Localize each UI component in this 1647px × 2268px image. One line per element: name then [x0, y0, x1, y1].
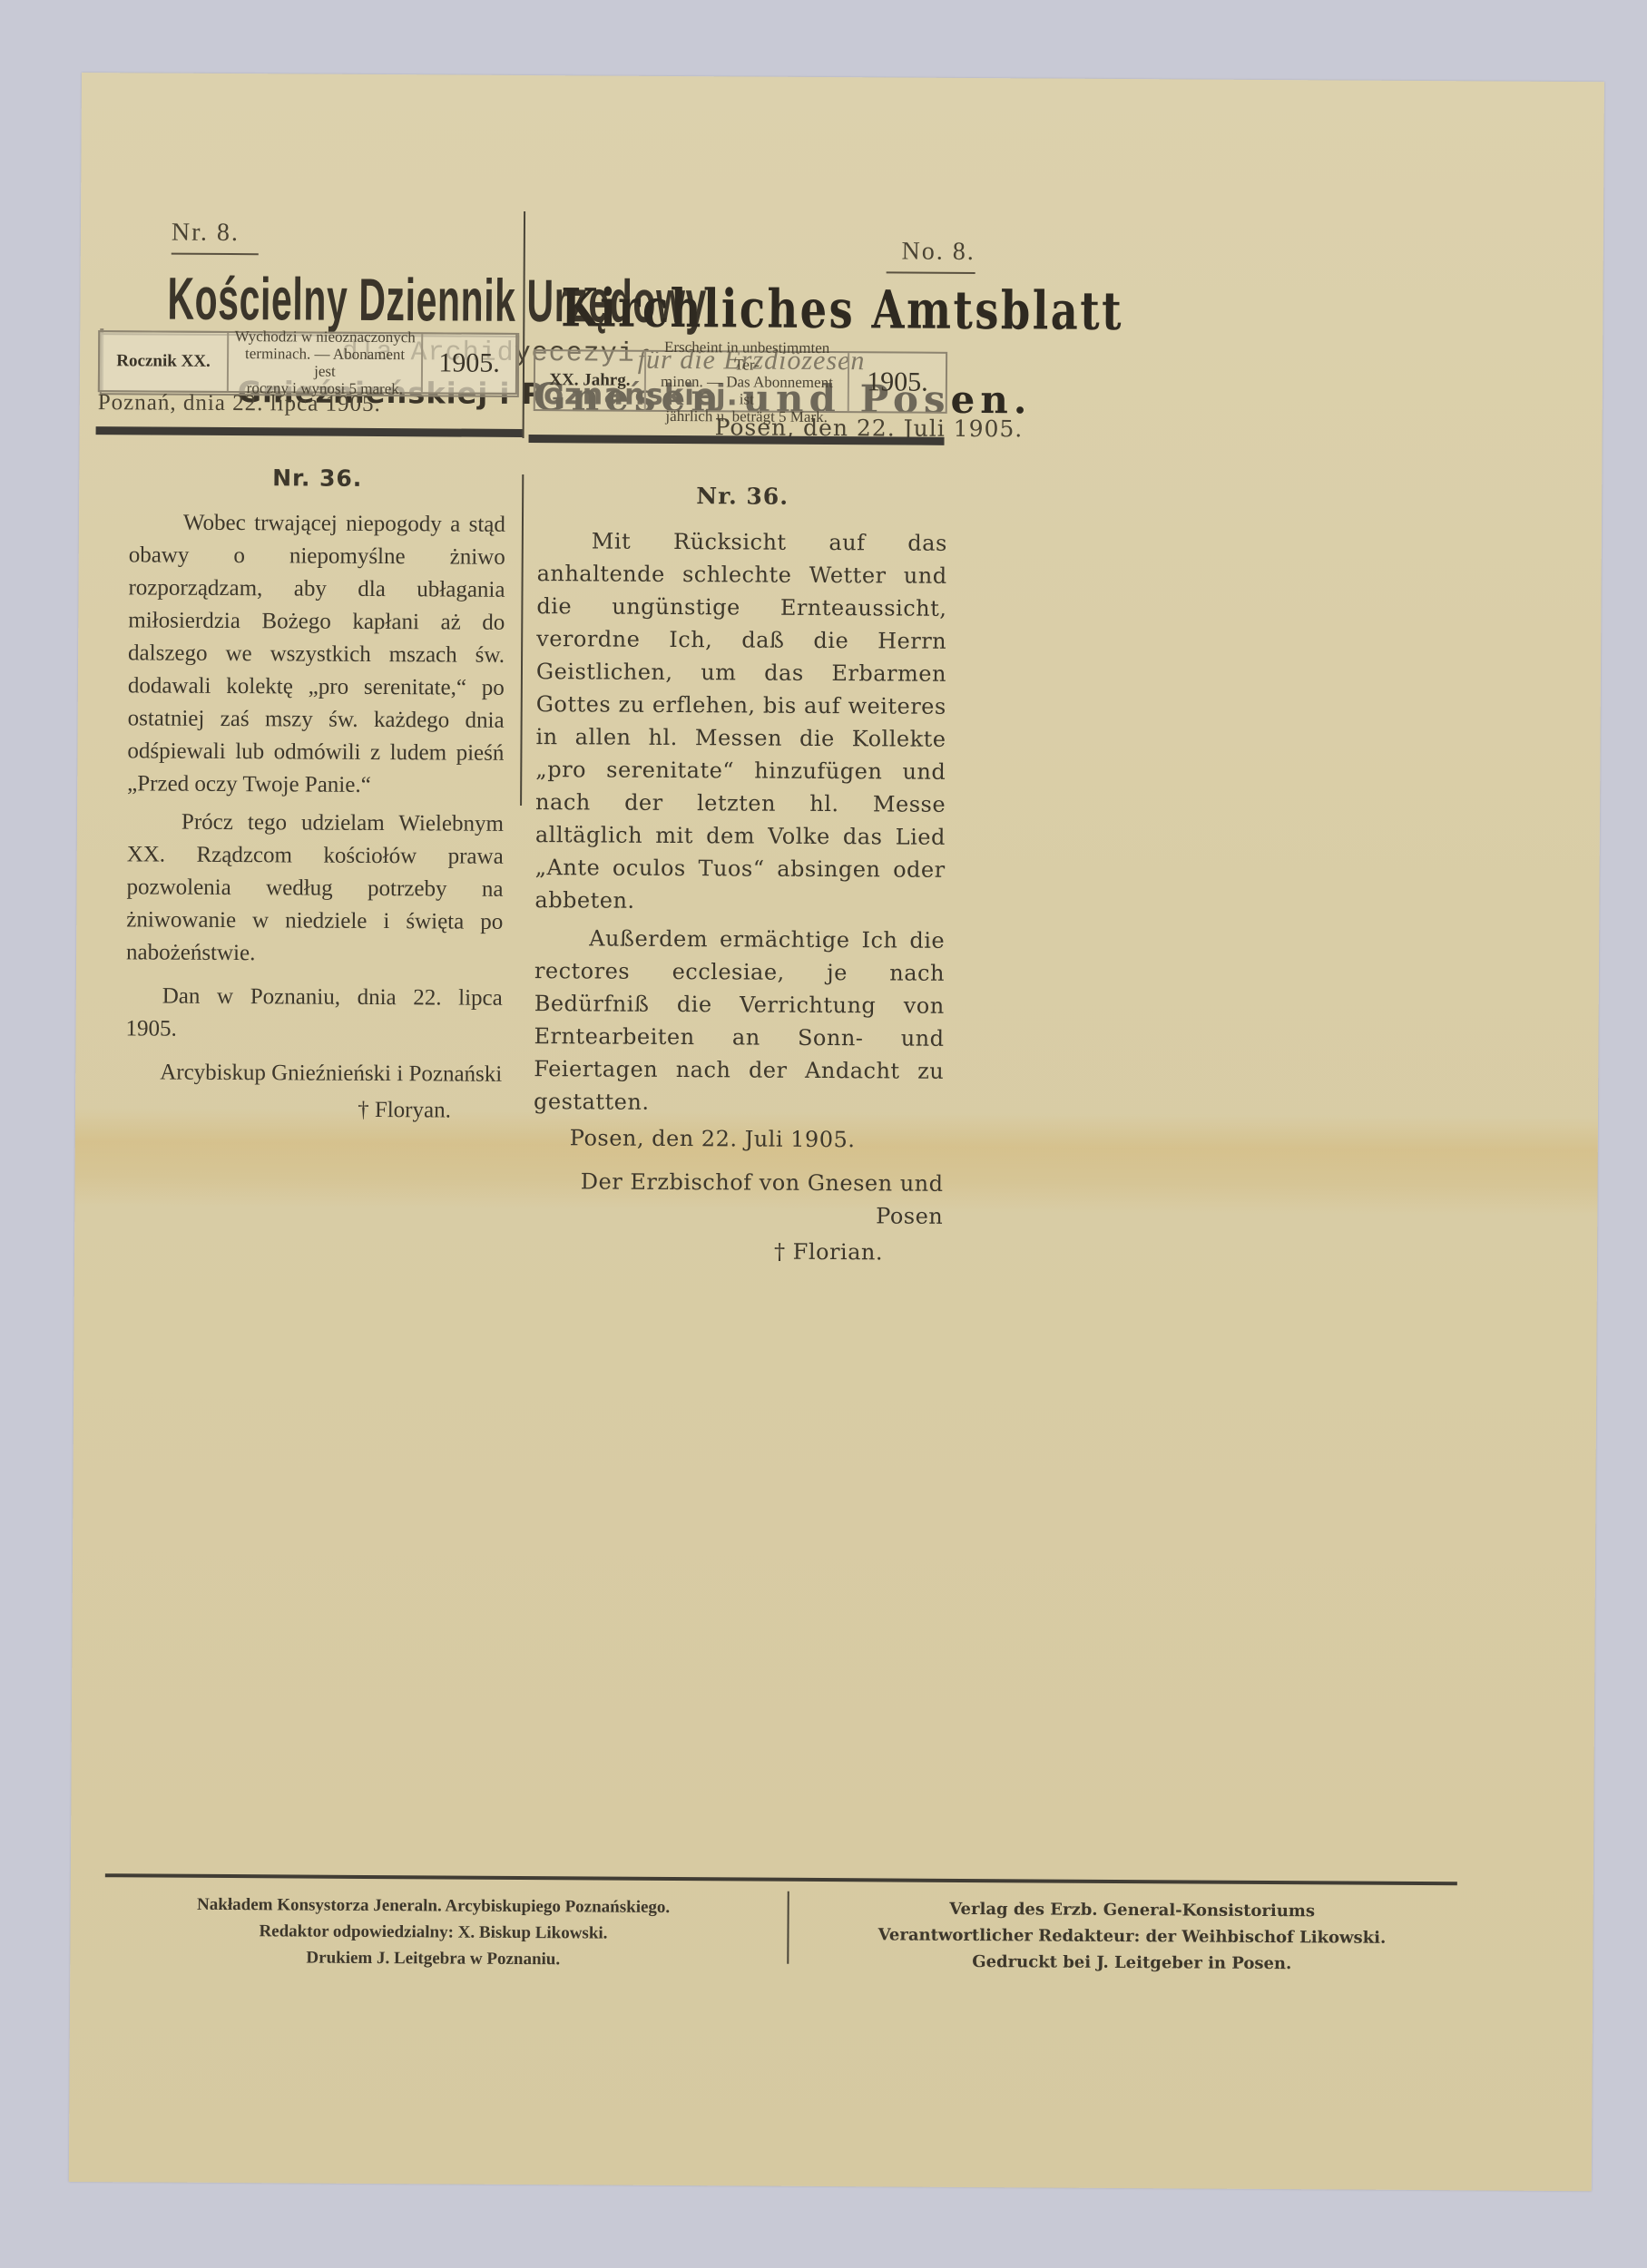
pl-imprint: Nakładem Konsystorza Jeneraln. Arcybisku…	[97, 1891, 770, 1974]
pl-signatory-name: † Floryan.	[125, 1092, 502, 1128]
de-issue-number: No. 8.	[887, 237, 975, 277]
masthead-rule-right	[529, 435, 945, 445]
pl-info: Rocznik XX. Wychodzi w nieoznaczonych te…	[98, 330, 517, 395]
pl-description-cell: Wychodzi w nieoznaczonych terminach. — A…	[229, 333, 423, 392]
footer-divider	[787, 1892, 789, 1964]
de-description: Erscheint in unbestimmten Ter- minen. — …	[646, 337, 848, 425]
pl-description: Wychodzi w nieoznaczonych terminach. — A…	[229, 327, 421, 397]
pl-dateline: Poznań, dnia 22. lipca 1905.	[98, 390, 381, 417]
de-year: 1905.	[867, 367, 928, 397]
de-signatory-name: † Florian.	[533, 1234, 943, 1269]
flourish-divider	[172, 253, 259, 259]
pl-signatory-title: Arcybiskup Gnieźnieński i Poznański	[125, 1056, 502, 1091]
de-article-number: Nr. 36.	[537, 479, 947, 514]
pl-paragraph-2: Prócz tego udzielam Wielebnym XX. Rządzc…	[126, 806, 504, 972]
pl-volume: Rocznik XX.	[116, 351, 211, 372]
pl-issue-number: Nr. 8.	[172, 219, 259, 259]
footer-rule	[105, 1873, 1457, 1885]
pl-article: Nr. 36. Wobec trwającej niepogody a stąd…	[125, 461, 505, 1128]
pl-given-date: Dan w Poznaniu, dnia 22. lipca 1905.	[125, 980, 502, 1048]
de-info: XX. Jahrg. Erscheint in unbestimmten Ter…	[534, 349, 947, 414]
de-title: Kirchliches Amtsblatt	[561, 277, 1123, 342]
pl-article-number: Nr. 36.	[129, 461, 505, 496]
de-description-cell: Erscheint in unbestimmten Ter- minen. — …	[646, 352, 849, 411]
de-paragraph-1: Mit Rücksicht auf das anhaltende schlech…	[534, 524, 947, 919]
document-page: Nr. 8. Kościelny Dziennik Urzędowy dla A…	[69, 73, 1604, 2191]
de-given-date: Posen, den 22. Juli 1905.	[534, 1121, 944, 1157]
column-divider	[520, 474, 524, 806]
de-volume: XX. Jahrg.	[549, 370, 630, 391]
flourish-divider	[887, 271, 975, 277]
pl-year-cell: 1905.	[423, 334, 515, 393]
de-year-cell: 1905.	[849, 353, 946, 412]
masthead-rule-left	[96, 426, 523, 437]
de-paragraph-2: Außerdem ermächtige Ich die rectores ecc…	[534, 922, 945, 1120]
de-signatory-title: Der Erzbischof von Gnesen und Posen	[533, 1165, 943, 1233]
de-imprint: Verlag des Erzb. General-Konsistoriums V…	[805, 1895, 1459, 1978]
de-article: Nr. 36. Mit Rücksicht auf das anhaltende…	[533, 479, 947, 1269]
pl-volume-cell: Rocznik XX.	[100, 332, 229, 391]
pl-year: 1905.	[438, 347, 500, 378]
pl-paragraph-1: Wobec trwającej niepogody a stąd obawy o…	[127, 506, 505, 803]
de-volume-cell: XX. Jahrg.	[535, 351, 646, 410]
